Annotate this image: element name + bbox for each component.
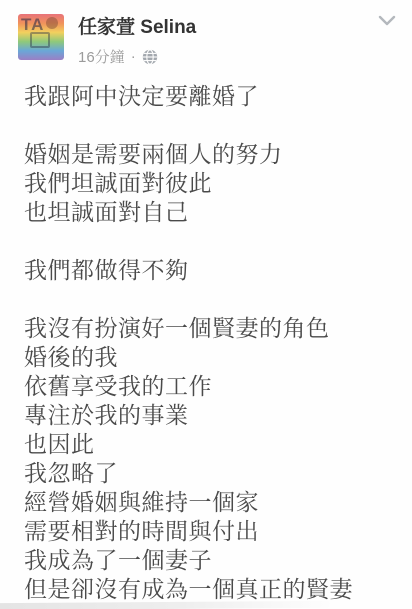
post-line: 我忽略了 bbox=[24, 459, 402, 488]
post-line: 也因此 bbox=[24, 430, 402, 459]
post-line: 專注於我的事業 bbox=[24, 401, 402, 430]
timestamp[interactable]: 16分鐘 bbox=[78, 46, 125, 67]
post-text: 我跟阿中決定要離婚了婚姻是需要兩個人的努力我們坦誠面對彼此也坦誠面對自己我們都做… bbox=[24, 82, 402, 604]
post-line bbox=[24, 227, 402, 256]
profile-name[interactable]: 任家萱 Selina bbox=[78, 16, 196, 40]
chevron-down-icon[interactable] bbox=[370, 8, 404, 39]
header-text: 任家萱 Selina 16分鐘 · bbox=[78, 14, 196, 67]
globe-public-icon bbox=[142, 49, 158, 65]
post-meta: 16分鐘 · bbox=[78, 46, 196, 67]
post-header: TA 任家萱 Selina 16分鐘 · bbox=[18, 14, 398, 67]
post-line: 婚後的我 bbox=[24, 343, 402, 372]
post-line: 我們坦誠面對彼此 bbox=[24, 169, 402, 198]
facebook-post-card: TA 任家萱 Selina 16分鐘 · bbox=[0, 0, 412, 609]
avatar[interactable]: TA bbox=[18, 14, 64, 60]
post-line: 但是卻沒有成為一個真正的賢妻 bbox=[24, 575, 402, 604]
post-line: 我們都做得不夠 bbox=[24, 256, 402, 285]
post-line: 經營婚姻與維持一個家 bbox=[24, 488, 402, 517]
bottom-edge-artifact bbox=[0, 601, 335, 609]
avatar-overlay-text: TA bbox=[21, 15, 44, 35]
post-line: 我跟阿中決定要離婚了 bbox=[24, 82, 402, 111]
post-line: 依舊享受我的工作 bbox=[24, 372, 402, 401]
post-line: 需要相對的時間與付出 bbox=[24, 517, 402, 546]
post-line: 也坦誠面對自己 bbox=[24, 198, 402, 227]
post-line: 我成為了一個妻子 bbox=[24, 546, 402, 575]
post-line: 我沒有扮演好一個賢妻的角色 bbox=[24, 314, 402, 343]
post-line bbox=[24, 111, 402, 140]
meta-separator: · bbox=[131, 48, 136, 65]
post-line bbox=[24, 285, 402, 314]
post-line: 婚姻是需要兩個人的努力 bbox=[24, 140, 402, 169]
